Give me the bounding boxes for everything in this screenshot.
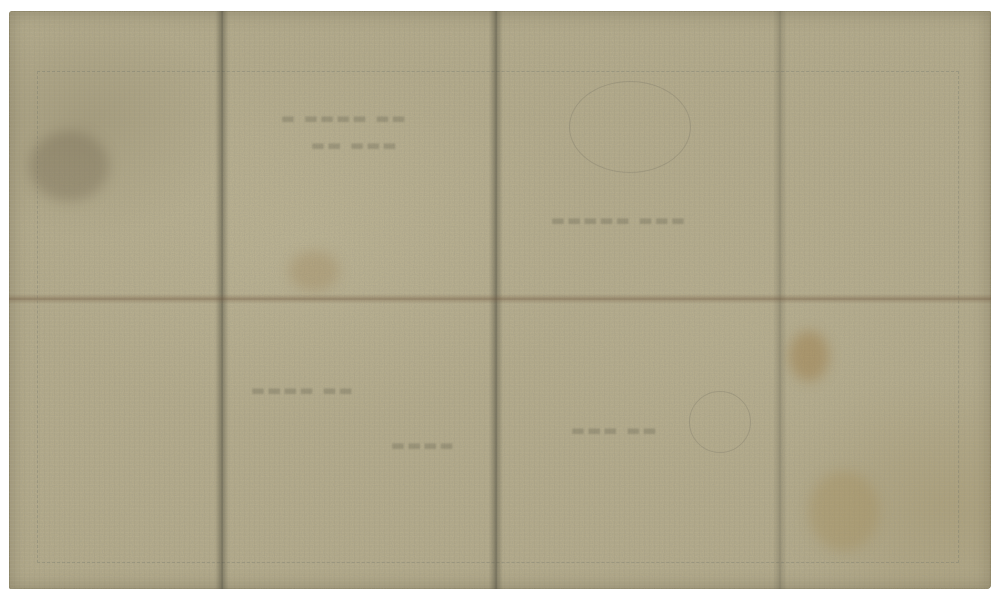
ghost-text-block: ▬▬ ▬▬▬▬ ▬ [279, 109, 406, 127]
stain [289, 251, 339, 291]
ghost-text-block: ▬▬ ▬▬▬▬ [249, 381, 353, 399]
stain [789, 331, 829, 381]
ghost-oval-vignette [569, 81, 691, 173]
ghost-text-block: ▬▬▬ ▬▬ [309, 136, 397, 154]
image-scene: ▬▬ ▬▬▬▬ ▬ ▬▬▬ ▬▬ ▬▬▬ ▬▬▬▬▬ ▬▬ ▬▬▬▬ ▬▬▬▬ … [0, 0, 999, 599]
horizontal-fold-line [9, 294, 991, 304]
stain [29, 131, 109, 201]
ghost-oval-vignette [689, 391, 751, 453]
ghost-text-block: ▬▬▬ ▬▬▬▬▬ [549, 211, 685, 229]
ghost-text-block: ▬▬ ▬▬▬ [569, 421, 657, 439]
stain [809, 471, 879, 551]
ghost-text-block: ▬▬▬▬ [389, 436, 454, 454]
paper-note: ▬▬ ▬▬▬▬ ▬ ▬▬▬ ▬▬ ▬▬▬ ▬▬▬▬▬ ▬▬ ▬▬▬▬ ▬▬▬▬ … [9, 11, 991, 589]
